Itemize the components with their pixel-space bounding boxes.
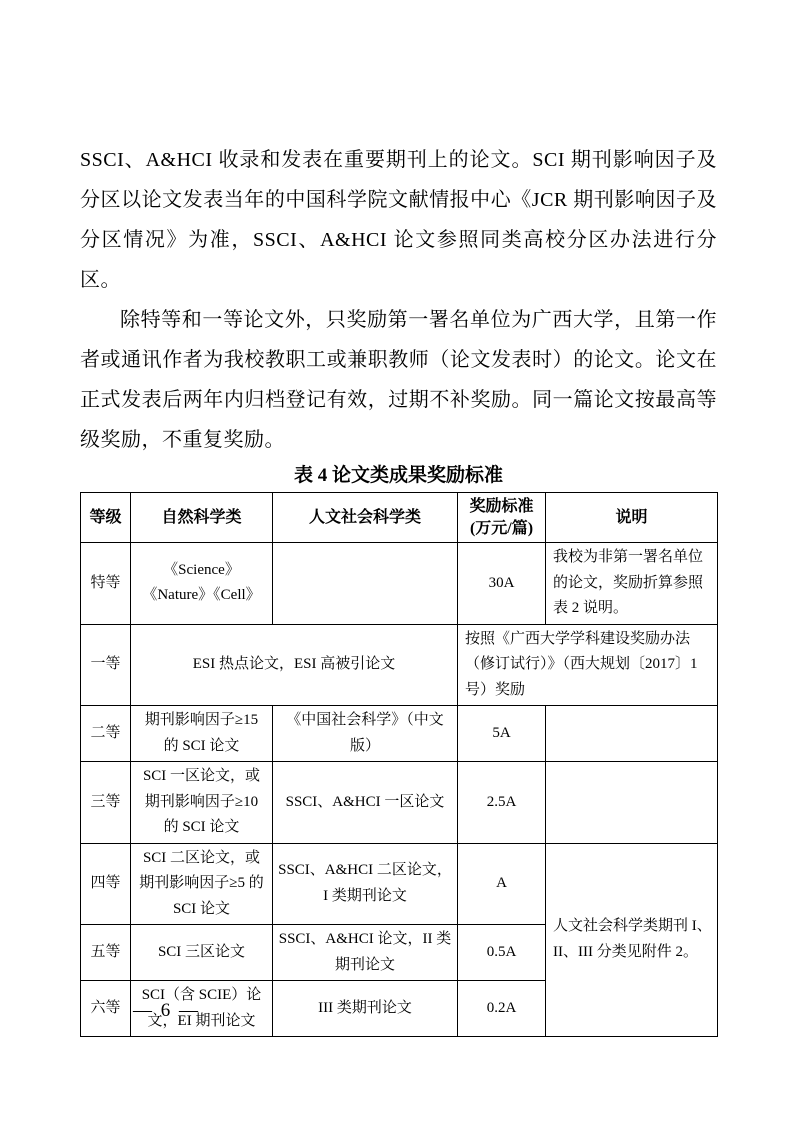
grade-cell: 特等 bbox=[81, 543, 131, 625]
reward-cell: 5A bbox=[458, 706, 546, 762]
natural-cell: 期刊影响因子≥15 的 SCI 论文 bbox=[131, 706, 273, 762]
page-content: SSCI、A&HCI 收录和发表在重要期刊上的论文。SCI 期刊影响因子及分区以… bbox=[80, 140, 717, 1037]
natural-cell: SCI 三区论文 bbox=[131, 925, 273, 981]
table-title: 表 4 论文类成果奖励标准 bbox=[80, 462, 717, 490]
grade-cell: 二等 bbox=[81, 706, 131, 762]
social-cell: III 类期刊论文 bbox=[273, 981, 458, 1037]
header-grade: 等级 bbox=[81, 493, 131, 543]
grade-cell: 六等 bbox=[81, 981, 131, 1037]
natural-cell: SCI 二区论文，或期刊影响因子≥5 的 SCI 论文 bbox=[131, 843, 273, 925]
table-header-row: 等级 自然科学类 人文社会科学类 奖励标准 (万元/篇) 说明 bbox=[81, 493, 718, 543]
table-row-third: 三等 SCI 一区论文，或期刊影响因子≥10 的 SCI 论文 SSCI、A&H… bbox=[81, 762, 718, 844]
header-natural-science: 自然科学类 bbox=[131, 493, 273, 543]
note-cell bbox=[546, 762, 718, 844]
body-paragraph-2: 除特等和一等论文外，只奖励第一署名单位为广西大学，且第一作者或通讯作者为我校教职… bbox=[80, 300, 717, 460]
grade-cell: 五等 bbox=[81, 925, 131, 981]
natural-cell: 《Science》《Nature》《Cell》 bbox=[131, 543, 273, 625]
table-row-second: 二等 期刊影响因子≥15 的 SCI 论文 《中国社会科学》（中文版） 5A bbox=[81, 706, 718, 762]
social-cell bbox=[273, 543, 458, 625]
grade-cell: 一等 bbox=[81, 624, 131, 706]
social-cell: SSCI、A&HCI 二区论文，I 类期刊论文 bbox=[273, 843, 458, 925]
note-cell bbox=[546, 706, 718, 762]
social-cell: SSCI、A&HCI 论文，II 类期刊论文 bbox=[273, 925, 458, 981]
body-paragraph-1: SSCI、A&HCI 收录和发表在重要期刊上的论文。SCI 期刊影响因子及分区以… bbox=[80, 140, 717, 300]
note-merged-cell: 人文社会科学类期刊 I、II、III 分类见附件 2。 bbox=[546, 843, 718, 1037]
note-cell: 我校为非第一署名单位的论文，奖励折算参照表 2 说明。 bbox=[546, 543, 718, 625]
table-row-first: 一等 ESI 热点论文，ESI 高被引论文 按照《广西大学学科建设奖励办法（修订… bbox=[81, 624, 718, 706]
reward-cell: 0.2A bbox=[458, 981, 546, 1037]
category-merged-cell: ESI 热点论文，ESI 高被引论文 bbox=[131, 624, 458, 706]
header-reward-line1: 奖励标准 bbox=[463, 496, 540, 518]
table-row-fourth: 四等 SCI 二区论文，或期刊影响因子≥5 的 SCI 论文 SSCI、A&HC… bbox=[81, 843, 718, 925]
grade-cell: 三等 bbox=[81, 762, 131, 844]
social-cell: SSCI、A&HCI 一区论文 bbox=[273, 762, 458, 844]
header-reward-standard: 奖励标准 (万元/篇) bbox=[458, 493, 546, 543]
social-cell: 《中国社会科学》（中文版） bbox=[273, 706, 458, 762]
header-note: 说明 bbox=[546, 493, 718, 543]
natural-cell: SCI 一区论文，或期刊影响因子≥10 的 SCI 论文 bbox=[131, 762, 273, 844]
award-standards-table: 等级 自然科学类 人文社会科学类 奖励标准 (万元/篇) 说明 特等 《Scie… bbox=[80, 492, 718, 1037]
reward-cell: 30A bbox=[458, 543, 546, 625]
note-merged-cell: 按照《广西大学学科建设奖励办法（修订试行）》（西大规划〔2017〕1 号）奖励 bbox=[458, 624, 718, 706]
table-row-special: 特等 《Science》《Nature》《Cell》 30A 我校为非第一署名单… bbox=[81, 543, 718, 625]
header-social-science: 人文社会科学类 bbox=[273, 493, 458, 543]
page-number: — 6 — bbox=[133, 1000, 200, 1022]
header-reward-line2: (万元/篇) bbox=[463, 518, 540, 540]
document-page: SSCI、A&HCI 收录和发表在重要期刊上的论文。SCI 期刊影响因子及分区以… bbox=[0, 0, 793, 1122]
grade-cell: 四等 bbox=[81, 843, 131, 925]
reward-cell: A bbox=[458, 843, 546, 925]
reward-cell: 0.5A bbox=[458, 925, 546, 981]
reward-cell: 2.5A bbox=[458, 762, 546, 844]
